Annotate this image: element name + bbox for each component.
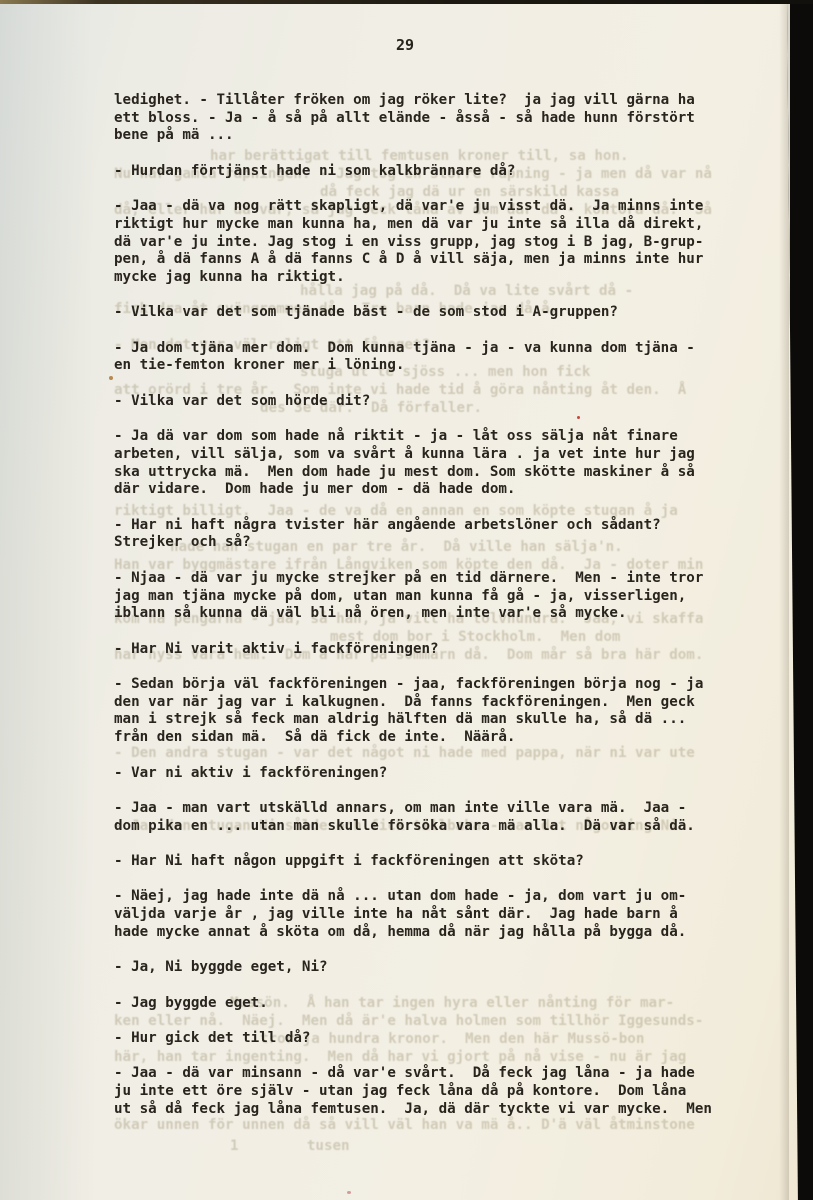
page-right-edge-shadow [779, 0, 789, 1200]
transcript-paragraph: - Var ni aktiv i fackföreningen? [114, 765, 754, 783]
transcript-paragraph: - Jaa - dä va nog rätt skapligt, dä var'… [114, 198, 754, 287]
transcript-paragraph: - Jaa - man vart utskälld annars, om man… [114, 800, 754, 835]
transcript-paragraph: - Har ni haft några tvister här angående… [114, 517, 754, 552]
bleed-through-line: 1 tusen [230, 1138, 350, 1156]
transcript-paragraph: - Vilka var det som hörde dit? [114, 393, 754, 411]
scan-top-edge [0, 0, 813, 4]
transcript-paragraph: - Ja dä var dom som hade nå riktit - ja … [114, 428, 754, 499]
transcript-paragraph: - Ja dom tjäna mer dom. Dom kunna tjäna … [114, 340, 754, 375]
transcript-paragraph: - Sedan börja väl fackföreningen - jaa, … [114, 676, 754, 747]
paper-speck [109, 376, 113, 380]
transcript-paragraph: - Jag byggde eget. [114, 995, 754, 1013]
page-number: 29 [396, 36, 414, 54]
transcript-paragraph: - Hur gick det till då? [114, 1030, 754, 1048]
transcript-paragraph: - Ja, Ni byggde eget, Ni? [114, 959, 754, 977]
transcript-paragraph: - Njaa - dä var ju mycke strejker på en … [114, 570, 754, 623]
transcript-paragraph: - Näej, jag hade inte dä nå ... utan dom… [114, 888, 754, 941]
transcript-paragraph: - Har Ni varit aktiv i fackföreningen? [114, 641, 754, 659]
transcript-paragraph: - Jaa - dä var minsann - då var'e svårt.… [114, 1065, 754, 1118]
paper-speck [347, 1191, 351, 1194]
transcript-paragraph: - Vilka var det som tjänade bäst - de so… [114, 304, 754, 322]
transcript-paragraph: - Har Ni haft någon uppgift i fackföreni… [114, 853, 754, 871]
transcript-paragraph: ledighet. - Tillåter fröken om jag röker… [114, 92, 754, 145]
paper-speck [577, 416, 580, 419]
transcript-paragraph: - Hurdan förtjänst hade ni som kalkbränn… [114, 163, 754, 181]
scan-right-backdrop [787, 0, 813, 1200]
scanned-page: har berättigat till femtusen kroner till… [0, 0, 813, 1200]
page-left-shade [0, 0, 95, 1200]
transcript-text-block: ledighet. - Tillåter fröken om jag röker… [114, 92, 754, 1136]
